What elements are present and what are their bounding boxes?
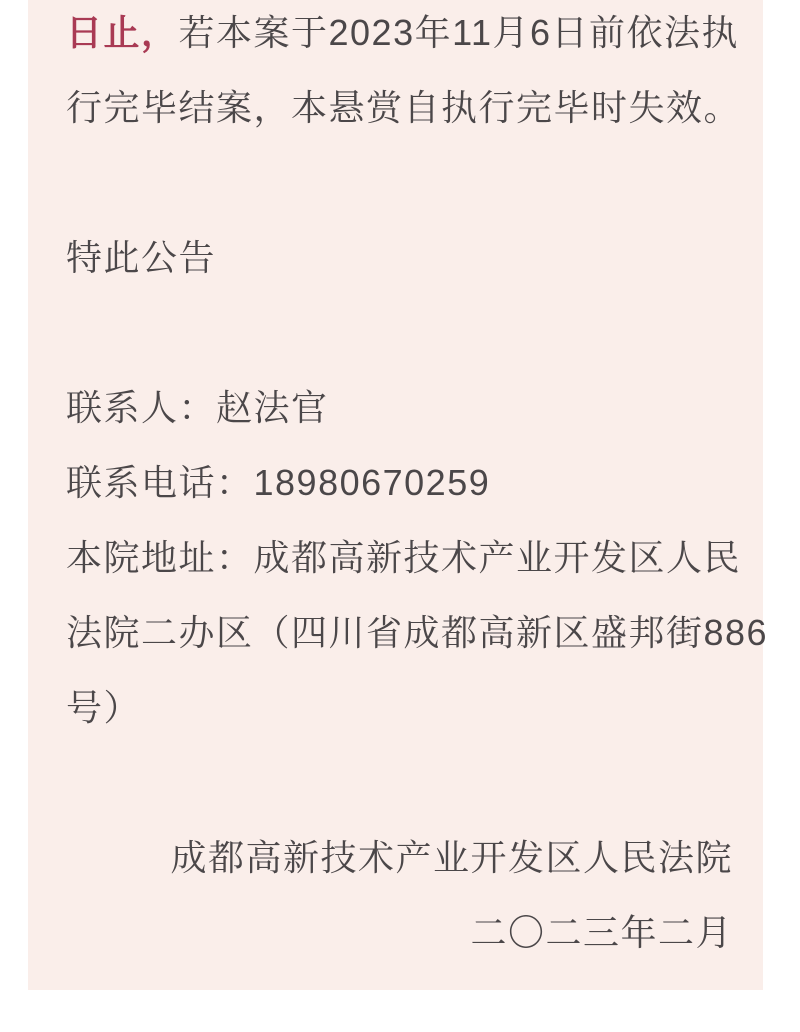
notice-line: 特此公告 (66, 220, 733, 295)
deadline-highlight: 日止， (66, 12, 179, 53)
body-line-1-text: 若本案于2023年11月6日前依法执 (179, 12, 739, 53)
signature-court: 成都高新技术产业开发区人民法院 (66, 820, 733, 895)
contact-person-line: 联系人：赵法官 (66, 370, 733, 445)
body-line-1: 日止，若本案于2023年11月6日前依法执 (66, 0, 733, 70)
address-line-2: 法院二办区（四川省成都高新区盛邦街886 (66, 595, 733, 670)
address-line-3: 号） (66, 670, 733, 745)
announcement-panel: 日止，若本案于2023年11月6日前依法执 行完毕结案，本悬赏自执行完毕时失效。… (28, 0, 763, 990)
address-line-1: 本院地址：成都高新技术产业开发区人民 (66, 520, 733, 595)
body-line-2: 行完毕结案，本悬赏自执行完毕时失效。 (66, 70, 733, 145)
contact-phone-line: 联系电话：18980670259 (66, 445, 733, 520)
announcement-body: 日止，若本案于2023年11月6日前依法执 行完毕结案，本悬赏自执行完毕时失效。… (28, 0, 763, 970)
signature-date: 二〇二三年二月 (66, 895, 733, 970)
